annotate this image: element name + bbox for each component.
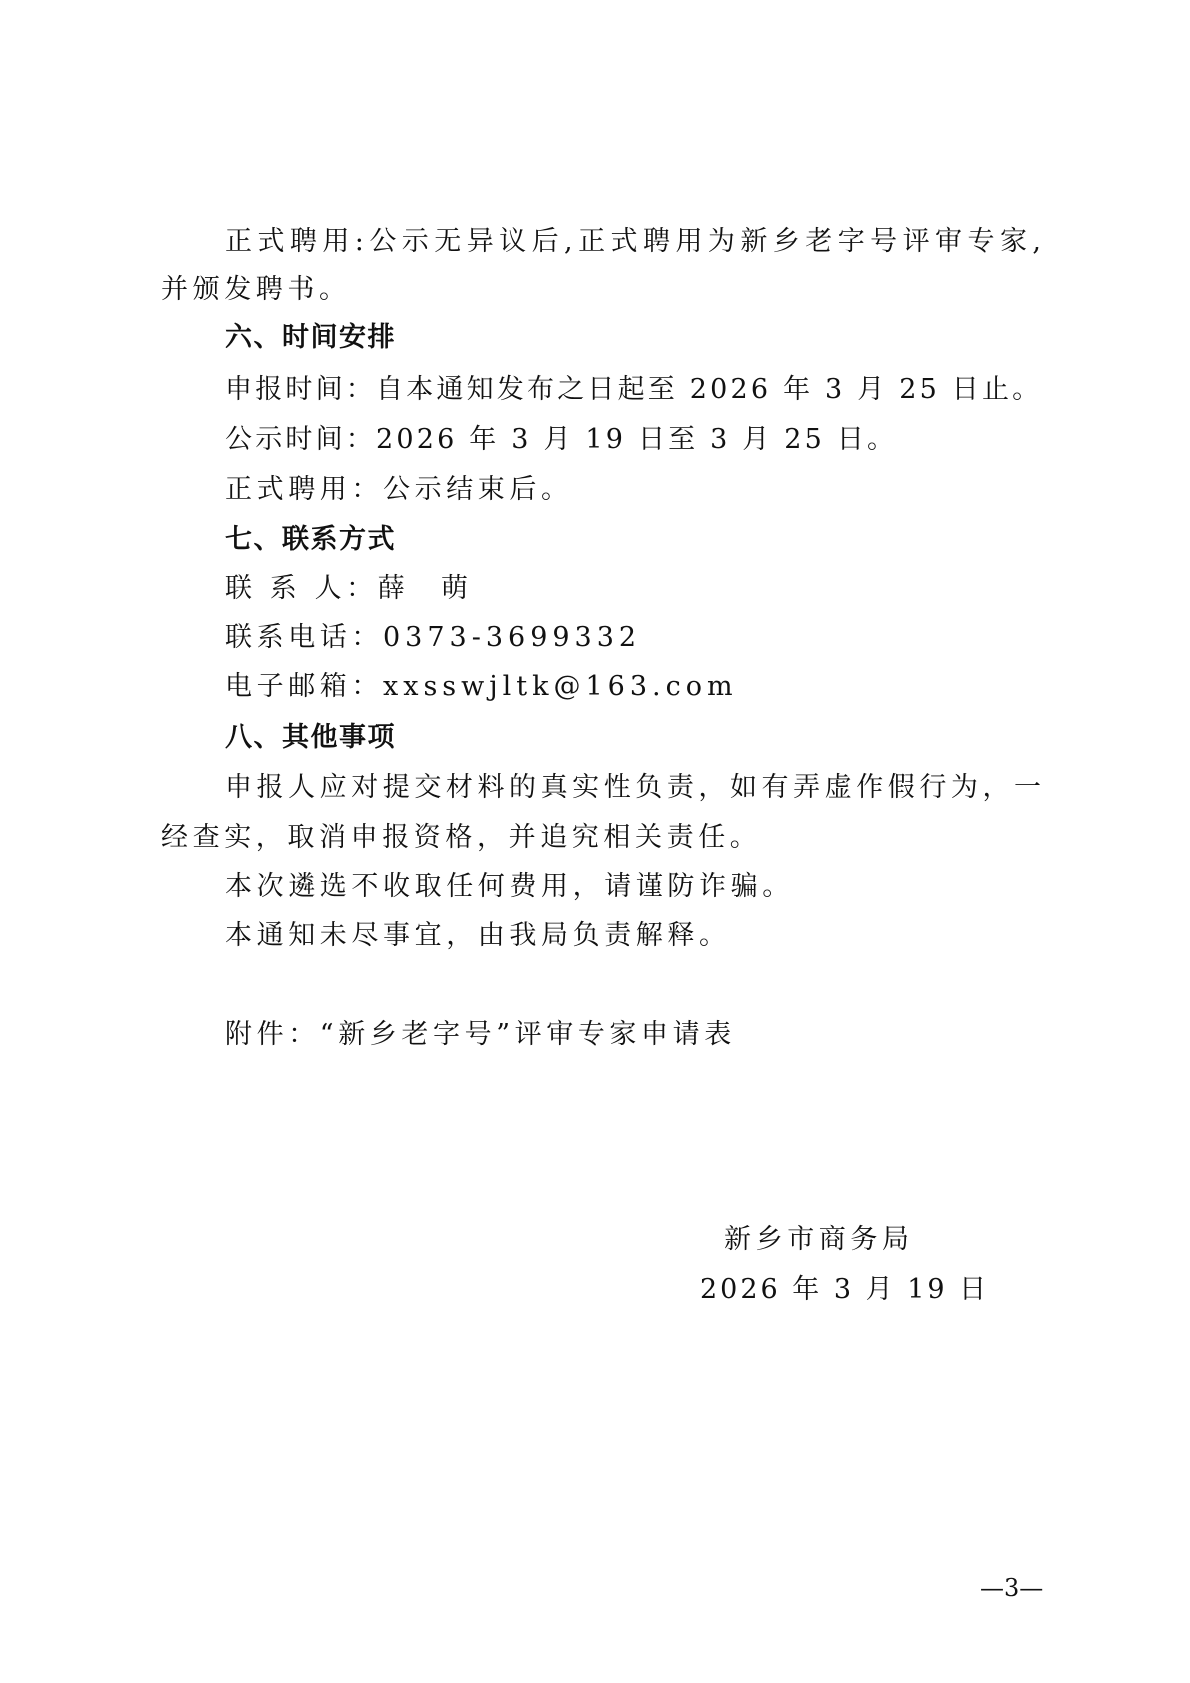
section-heading-contact: 七、联系方式 <box>225 515 1105 565</box>
contact-phone-label: 联系电话： <box>225 622 383 653</box>
apply-time-line: 申报时间：自本通知发布之日起至 2026 年 3 月 25 日止。 <box>225 365 1105 415</box>
contact-email-line: 电子邮箱：xxsswjltk@163.com <box>225 662 1105 712</box>
page-number: —3— <box>980 1572 1043 1604</box>
signature-issuer: 新乡市商务局 <box>724 1215 914 1265</box>
document-page: 正式聘用:公示无异议后,正式聘用为新乡老字号评审专家, 并颁发聘书。 六、时间安… <box>0 0 1190 1683</box>
signature-date: 2026 年 3 月 19 日 <box>700 1265 989 1315</box>
paragraph-formal-hire-line2: 并颁发聘书。 <box>161 265 1041 315</box>
paragraph-formal-hire-line1: 正式聘用:公示无异议后,正式聘用为新乡老字号评审专家, <box>225 217 1041 267</box>
publicity-time-line: 公示时间：2026 年 3 月 19 日至 3 月 25 日。 <box>225 415 1105 465</box>
contact-phone-line: 联系电话：0373-3699332 <box>225 613 1105 663</box>
contact-phone-value: 0373-3699332 <box>383 622 641 653</box>
other-matters-item1-line2: 经查实，取消申报资格，并追究相关责任。 <box>161 813 1041 863</box>
other-matters-item2: 本次遴选不收取任何费用，请谨防诈骗。 <box>225 862 1105 912</box>
other-matters-item1-line1: 申报人应对提交材料的真实性负责，如有弄虚作假行为，一 <box>225 763 1041 813</box>
contact-person-value: 薛 萌 <box>378 573 473 604</box>
contact-email-label: 电子邮箱： <box>225 671 383 702</box>
attachment-line: 附件：“新乡老字号”评审专家申请表 <box>225 1010 1105 1060</box>
other-matters-item3: 本通知未尽事宜，由我局负责解释。 <box>225 911 1105 961</box>
section-heading-other-matters: 八、其他事项 <box>225 713 1105 763</box>
contact-person-label: 联 系 人： <box>225 573 378 604</box>
contact-email-value: xxsswjltk@163.com <box>383 671 738 702</box>
formal-hire-time-line: 正式聘用：公示结束后。 <box>225 465 1105 515</box>
section-heading-time-schedule: 六、时间安排 <box>225 313 1105 363</box>
contact-person-line: 联 系 人：薛 萌 <box>225 564 1105 614</box>
